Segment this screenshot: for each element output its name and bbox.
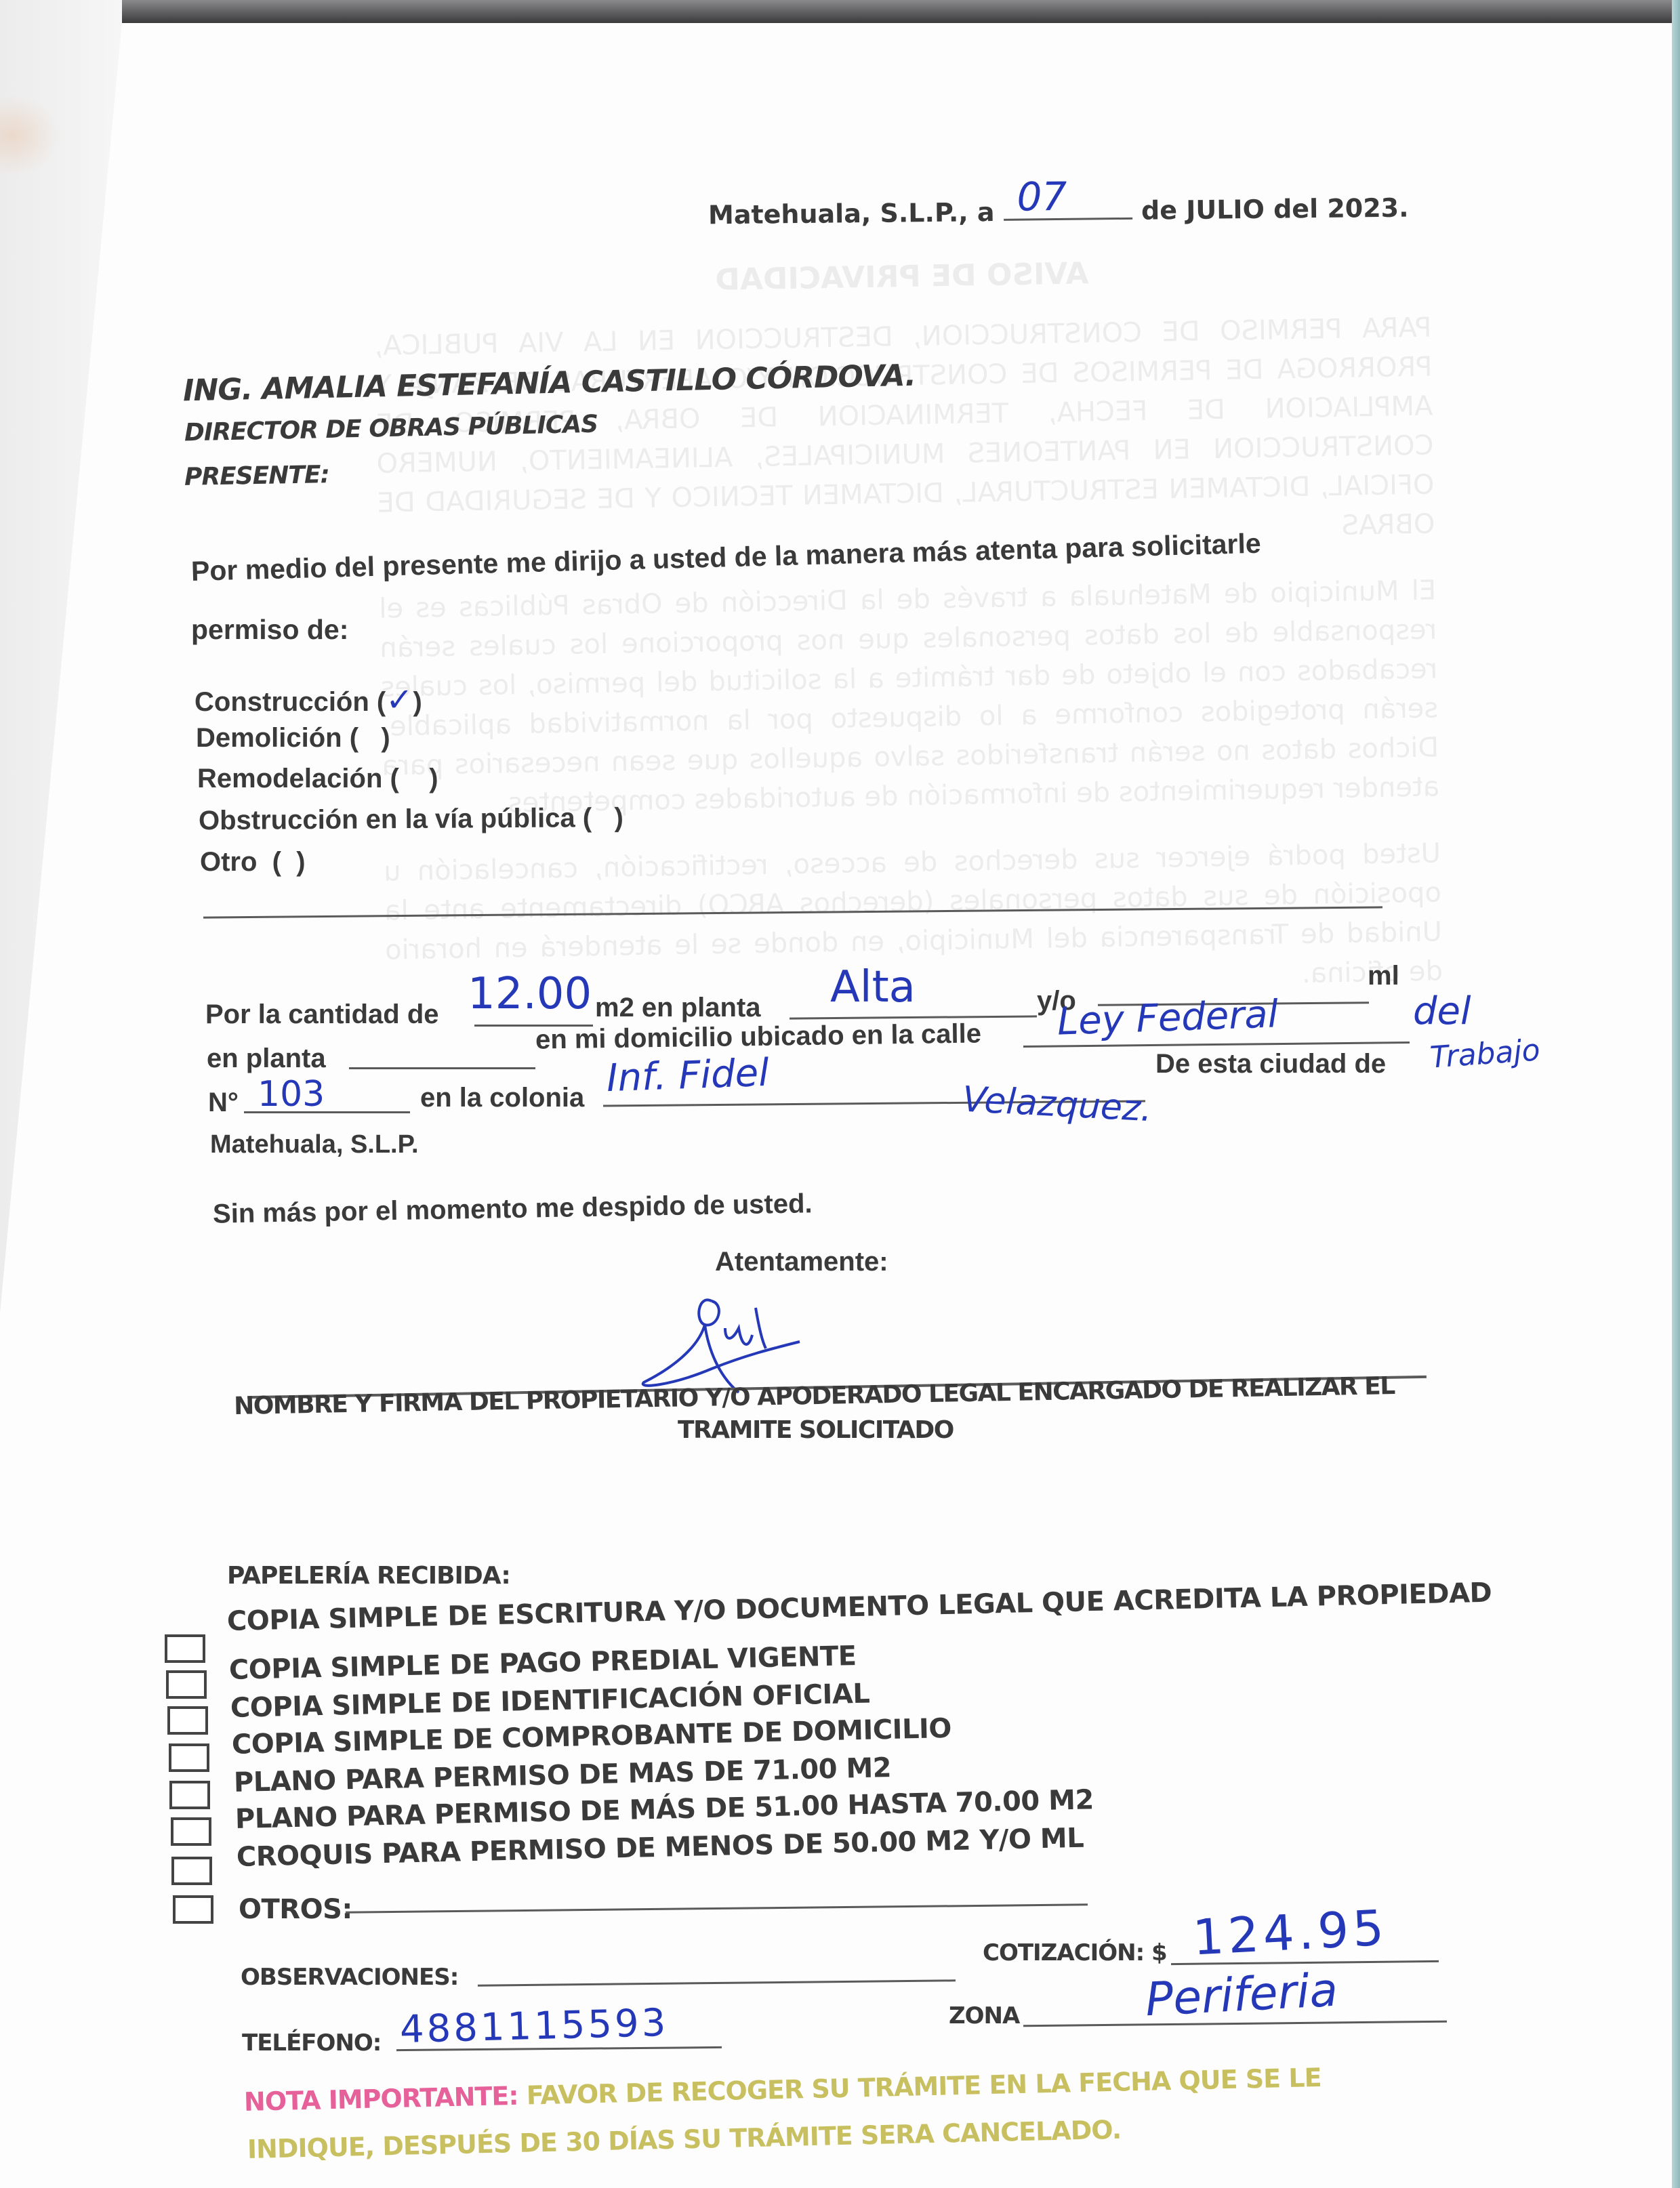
paper-checkbox[interactable] [166, 1670, 207, 1699]
checkbox-paren[interactable]: ( ) [350, 723, 390, 753]
colonia-label: en la colonia [420, 1083, 584, 1113]
zona-label: ZONA [949, 2002, 1019, 2029]
intro-line-1: Por medio del presente me dirijo a usted… [190, 528, 1261, 587]
permit-option-remodelacion[interactable]: Remodelación ( ) [197, 764, 438, 794]
paper-item-label: COPIA SIMPLE DE PAGO PREDIAL VIGENTE [228, 1640, 857, 1686]
otro-specify-line[interactable] [203, 906, 1382, 918]
paper-checkbox[interactable] [165, 1634, 205, 1663]
telefono-value: 4881115593 [399, 2001, 669, 2052]
day-field[interactable]: 07 [1004, 197, 1132, 221]
checkbox-paren[interactable]: ( ) [583, 803, 623, 833]
ciudad-value: Matehuala, S.L.P. [210, 1130, 419, 1159]
addressee-title: DIRECTOR DE OBRAS PÚBLICAS [184, 411, 598, 447]
checkbox-paren[interactable]: ( ) [390, 764, 438, 793]
note-text-line-2: INDIQUE, DESPUÉS DE 30 DÍAS SU TRÁMITE S… [247, 2115, 1122, 2164]
paper-checkbox[interactable] [171, 1817, 211, 1846]
paper-checkbox[interactable] [173, 1895, 213, 1924]
otros-field[interactable] [346, 1903, 1088, 1913]
m2-planta-label: m2 en planta [595, 993, 761, 1023]
en-planta-label: en planta [207, 1044, 326, 1074]
cotizacion-label: COTIZACIÓN: $ [983, 1939, 1167, 1966]
calle-value-line2: del [1413, 989, 1471, 1033]
signature-caption-line-2: TRAMITE SOLICITADO [678, 1416, 954, 1444]
zona-value: Periferia [1144, 1964, 1339, 2027]
telefono-label: TELÉFONO: [242, 2029, 381, 2057]
ml-label: ml [1368, 961, 1399, 991]
paper-checkbox[interactable] [169, 1781, 210, 1809]
paper-checkbox[interactable] [171, 1857, 212, 1885]
numero-label: N° [208, 1088, 239, 1118]
permit-request-letter: Matehuala, S.L.P., a 07 de JULIO del 202… [0, 0, 1680, 2188]
calle-value-line3: Trabajo [1429, 1033, 1541, 1075]
planta-value: Alta [830, 962, 916, 1012]
place-prefix: Matehuala, S.L.P., a [708, 197, 995, 230]
observaciones-label: OBSERVACIONES: [241, 1964, 458, 1991]
farewell-text: Sin más por el momento me despido de ust… [213, 1189, 813, 1229]
planta-field[interactable] [790, 1015, 1037, 1019]
check-mark-icon: ✓ [386, 681, 413, 719]
note-text-line-1: FAVOR DE RECOGER SU TRÁMITE EN LA FECHA … [526, 2063, 1322, 2111]
date-suffix: de JULIO del 2023. [1141, 193, 1409, 226]
date-line: Matehuala, S.L.P., a 07 de JULIO del 202… [708, 193, 1409, 230]
domicilio-label: en mi domicilio ubicado en la calle [535, 1018, 982, 1055]
calle-value-line1: Ley Federal [1057, 992, 1279, 1044]
day-value: 07 [1017, 173, 1067, 220]
signature-scribble-icon [630, 1287, 847, 1396]
paper-checkbox[interactable] [167, 1706, 208, 1735]
ciudad-label: De esta ciudad de [1155, 1049, 1386, 1079]
paper-checkbox[interactable] [169, 1743, 209, 1772]
qty-value: 12.00 [468, 969, 592, 1019]
intro-line-2: permiso de: [191, 614, 348, 646]
addressee-greeting: PRESENTE: [184, 461, 330, 491]
addressee-name: ING. AMALIA ESTEFANÍA CASTILLO CÓRDOVA. [183, 358, 916, 409]
permit-option-obstruccion[interactable]: Obstrucción en la vía pública ( ) [199, 803, 623, 836]
checkbox-paren[interactable]: ( ) [272, 847, 306, 877]
papers-title: PAPELERÍA RECIBIDA: [227, 1562, 510, 1590]
qty-label: Por la cantidad de [205, 999, 439, 1030]
en-planta-field[interactable] [349, 1067, 535, 1069]
permit-option-construccion[interactable]: Construcción (✓) [194, 681, 422, 719]
note-label: NOTA IMPORTANTE: [244, 2081, 519, 2117]
paper-item-label: OTROS: [239, 1894, 352, 1925]
permit-option-demolicion[interactable]: Demolición ( ) [196, 723, 390, 754]
colonia-value-line1: Inf. Fidel [606, 1051, 770, 1100]
colonia-value-line2: Velazquez. [962, 1079, 1153, 1130]
numero-value: 103 [258, 1074, 325, 1115]
cotizacion-value: 124.95 [1191, 1899, 1389, 1966]
permit-option-otro[interactable]: Otro ( ) [200, 847, 306, 878]
important-note-line-1: NOTA IMPORTANTE: FAVOR DE RECOGER SU TRÁ… [244, 2063, 1322, 2117]
observaciones-field[interactable] [478, 1979, 956, 1986]
checkbox-paren[interactable]: (✓) [377, 687, 422, 717]
regards-text: Atentamente: [715, 1247, 888, 1277]
